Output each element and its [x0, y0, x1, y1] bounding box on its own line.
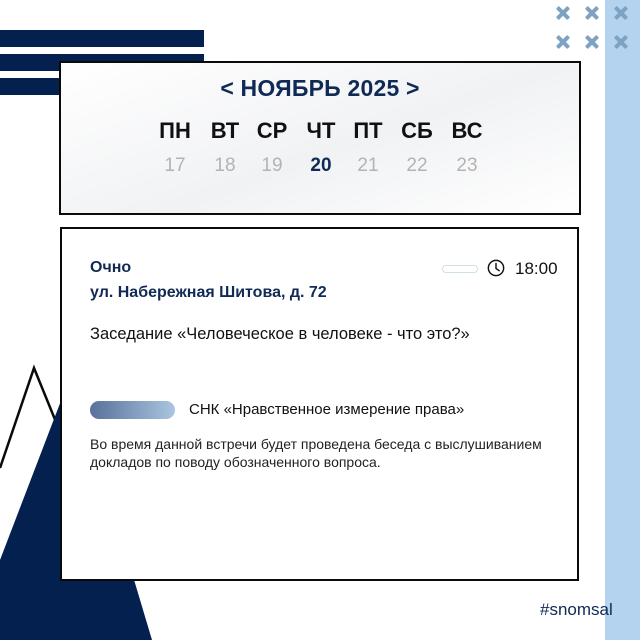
- date-cell[interactable]: 19: [252, 155, 292, 177]
- date-cell[interactable]: 23: [447, 155, 487, 177]
- organizer-tag-pill: [90, 401, 175, 419]
- calendar-card: < НОЯБРЬ 2025 > ПН ВТ СР ЧТ ПТ СБ ВС 17 …: [59, 61, 581, 215]
- event-card: Очно ул. Набережная Шитова, д. 72 18:00 …: [60, 227, 579, 581]
- date-cell[interactable]: 18: [205, 155, 245, 177]
- event-title: Заседание «Человеческое в человеке - что…: [90, 325, 470, 344]
- date-cell[interactable]: 17: [155, 155, 195, 177]
- clock-icon: [487, 259, 505, 277]
- date-cell[interactable]: 22: [397, 155, 437, 177]
- event-time: 18:00: [515, 259, 558, 279]
- event-address: ул. Набережная Шитова, д. 72: [90, 284, 327, 302]
- decor-pill: [442, 265, 478, 273]
- date-cell[interactable]: 21: [348, 155, 388, 177]
- event-description: Во время данной встречи будет проведена …: [90, 435, 550, 471]
- event-mode: Очно: [90, 259, 131, 277]
- hashtag: #snomsal: [540, 600, 613, 620]
- date-row: 17 18 19 20 21 22 23: [61, 63, 579, 213]
- date-cell-selected[interactable]: 20: [301, 155, 341, 177]
- event-organizer: СНК «Нравственное измерение права»: [189, 401, 464, 418]
